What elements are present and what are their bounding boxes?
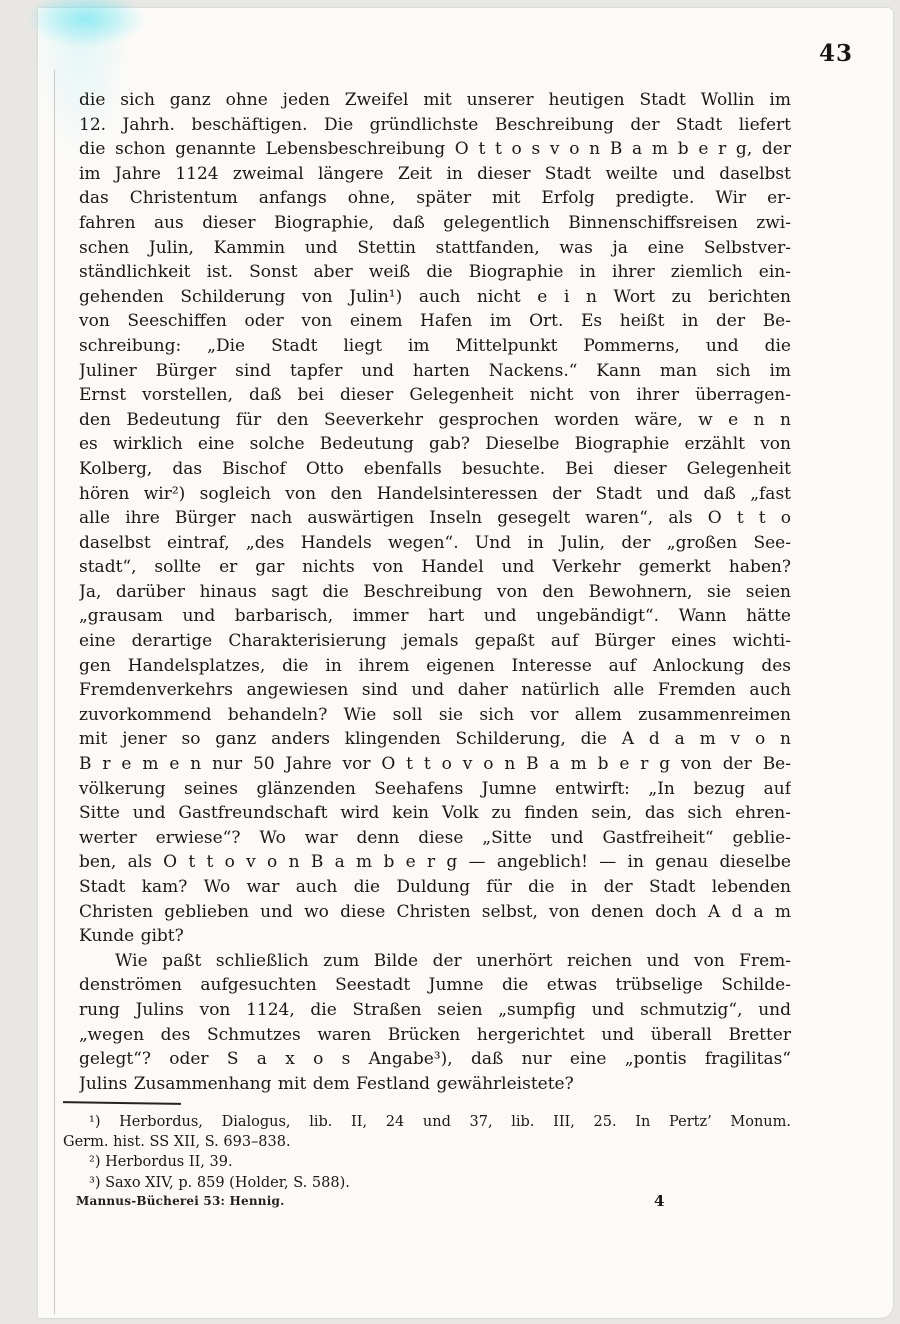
text-line: Wie paßt schließlich zum Bilde der unerh… [79, 949, 791, 974]
text-line: gehenden Schilderung von Julin¹) auch ni… [79, 285, 791, 310]
text-line: rung Julins von 1124, die Straßen seien … [79, 998, 791, 1023]
scan-background: { "page": { "number": "43", "signature_m… [0, 0, 900, 1324]
text-line: ben, als O t t o v o n B a m b e r g — a… [79, 850, 791, 875]
footnote-line: ²) Herbordus II, 39. [63, 1152, 791, 1172]
page-edge-line [54, 70, 55, 1314]
text-line: Fremdenverkehrs angewiesen sind und dahe… [79, 678, 791, 703]
text-line: schreibung: „Die Stadt liegt im Mittelpu… [79, 334, 791, 359]
text-line: gen Handelsplatzes, die in ihrem eigenen… [79, 654, 791, 679]
text-line: daselbst eintraf, „des Handels wegen“. U… [79, 531, 791, 556]
cyan-smudge [26, 0, 146, 48]
text-line: hören wir²) sogleich von den Handelsinte… [79, 482, 791, 507]
footnote: ³) Saxo XIV, p. 859 (Holder, S. 588). [63, 1173, 791, 1193]
text-line: die schon genannte Lebensbeschreibung O … [79, 137, 791, 162]
text-line: Ernst vorstellen, daß bei dieser Gelegen… [79, 383, 791, 408]
footnote-separator [63, 1101, 181, 1105]
text-line: von Seeschiffen oder von einem Hafen im … [79, 309, 791, 334]
text-line: fahren aus dieser Biographie, daß gelege… [79, 211, 791, 236]
footnote: ²) Herbordus II, 39. [63, 1152, 791, 1172]
body-text: die sich ganz ohne jeden Zweifel mit uns… [79, 88, 791, 1096]
text-line: B r e m e n nur 50 Jahre vor O t t o v o… [79, 752, 791, 777]
imprint: Mannus-Bücherei 53: Hennig. [76, 1194, 284, 1208]
text-line: den Bedeutung für den Seeverkehr gesproc… [79, 408, 791, 433]
scan-page: 43 die sich ganz ohne jeden Zweifel mit … [38, 8, 893, 1318]
text-line: Julins Zusammenhang mit dem Festland gew… [79, 1072, 791, 1097]
text-line: völkerung seines glänzenden Seehafens Ju… [79, 777, 791, 802]
text-line: eine derartige Charakterisierung jemals … [79, 629, 791, 654]
text-line: Kunde gibt? [79, 924, 791, 949]
text-line: Ja, darüber hinaus sagt die Beschreibung… [79, 580, 791, 605]
text-line: mit jener so ganz anders klingenden Schi… [79, 727, 791, 752]
footnote: ¹) Herbordus, Dialogus, lib. II, 24 und … [63, 1112, 791, 1152]
body-paragraph: die sich ganz ohne jeden Zweifel mit uns… [79, 88, 791, 949]
text-line: Sitte und Gastfreundschaft wird kein Vol… [79, 801, 791, 826]
footnote-line: Germ. hist. SS XII, S. 693–838. [63, 1132, 791, 1152]
text-line: stadt“, sollte er gar nichts von Handel … [79, 555, 791, 580]
text-line: 12. Jahrh. beschäftigen. Die gründlichst… [79, 113, 791, 138]
text-line: alle ihre Bürger nach auswärtigen Inseln… [79, 506, 791, 531]
body-paragraph: Wie paßt schließlich zum Bilde der unerh… [79, 949, 791, 1097]
footnote-line: ¹) Herbordus, Dialogus, lib. II, 24 und … [63, 1112, 791, 1132]
text-line: Kolberg, das Bischof Otto ebenfalls besu… [79, 457, 791, 482]
text-line: Juliner Bürger sind tapfer und harten Na… [79, 359, 791, 384]
footnotes: ¹) Herbordus, Dialogus, lib. II, 24 und … [63, 1112, 791, 1193]
text-line: „wegen des Schmutzes waren Brücken herge… [79, 1023, 791, 1048]
text-line: Stadt kam? Wo war auch die Duldung für d… [79, 875, 791, 900]
signature-mark: 4 [654, 1192, 664, 1210]
text-line: im Jahre 1124 zweimal längere Zeit in di… [79, 162, 791, 187]
text-line: es wirklich eine solche Bedeutung gab? D… [79, 432, 791, 457]
text-line: das Christentum anfangs ohne, später mit… [79, 186, 791, 211]
text-line: gelegt“? oder S a x o s Angabe³), daß nu… [79, 1047, 791, 1072]
text-line: denströmen aufgesuchten Seestadt Jumne d… [79, 973, 791, 998]
text-line: „grausam und barbarisch, immer hart und … [79, 604, 791, 629]
text-line: werter erwiese“? Wo war denn diese „Sitt… [79, 826, 791, 851]
text-line: die sich ganz ohne jeden Zweifel mit uns… [79, 88, 791, 113]
page-number: 43 [819, 40, 853, 67]
text-line: ständlichkeit ist. Sonst aber weiß die B… [79, 260, 791, 285]
text-line: Christen geblieben und wo diese Christen… [79, 900, 791, 925]
text-line: schen Julin, Kammin und Stettin stattfan… [79, 236, 791, 261]
text-line: zuvorkommend behandeln? Wie soll sie sic… [79, 703, 791, 728]
footnote-line: ³) Saxo XIV, p. 859 (Holder, S. 588). [63, 1173, 791, 1193]
